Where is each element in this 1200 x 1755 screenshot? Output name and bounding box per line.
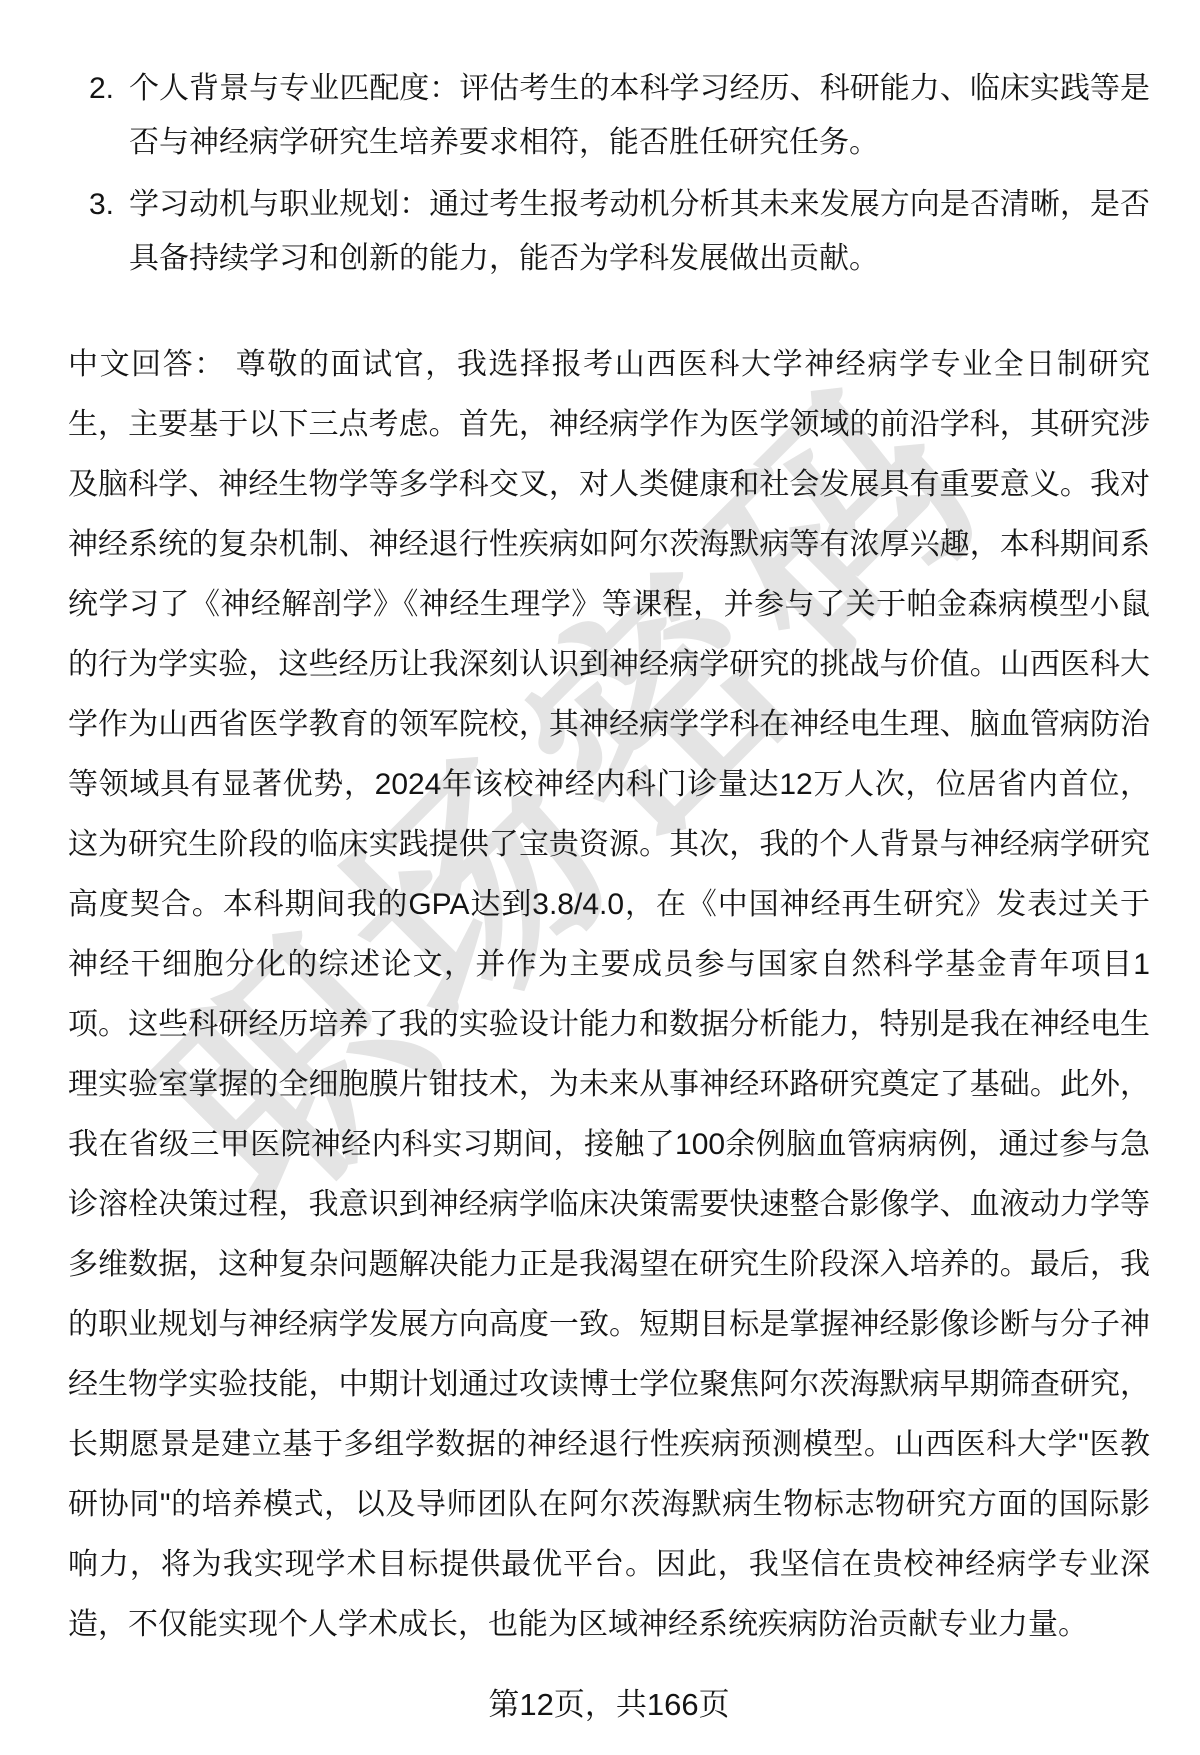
list-item-number: 3.	[89, 178, 129, 232]
list-item-text: 个人背景与专业匹配度：评估考生的本科学习经历、科研能力、临床实践等是否与神经病学…	[129, 62, 1150, 170]
list-item: 2. 个人背景与专业匹配度：评估考生的本科学习经历、科研能力、临床实践等是否与神…	[89, 62, 1150, 170]
numbered-list: 2. 个人背景与专业匹配度：评估考生的本科学习经历、科研能力、临床实践等是否与神…	[68, 62, 1150, 286]
list-item-number: 2.	[89, 62, 129, 116]
document-page: 2. 个人背景与专业匹配度：评估考生的本科学习经历、科研能力、临床实践等是否与神…	[0, 0, 1200, 1725]
list-item-text: 学习动机与职业规划：通过考生报考动机分析其未来发展方向是否清晰，是否具备持续学习…	[129, 178, 1150, 286]
list-item: 3. 学习动机与职业规划：通过考生报考动机分析其未来发展方向是否清晰，是否具备持…	[89, 178, 1150, 286]
page-number-label: 第12页，共166页	[68, 1685, 1150, 1725]
answer-paragraph: 中文回答： 尊敬的面试官，我选择报考山西医科大学神经病学专业全日制研究生，主要基…	[68, 335, 1150, 1655]
